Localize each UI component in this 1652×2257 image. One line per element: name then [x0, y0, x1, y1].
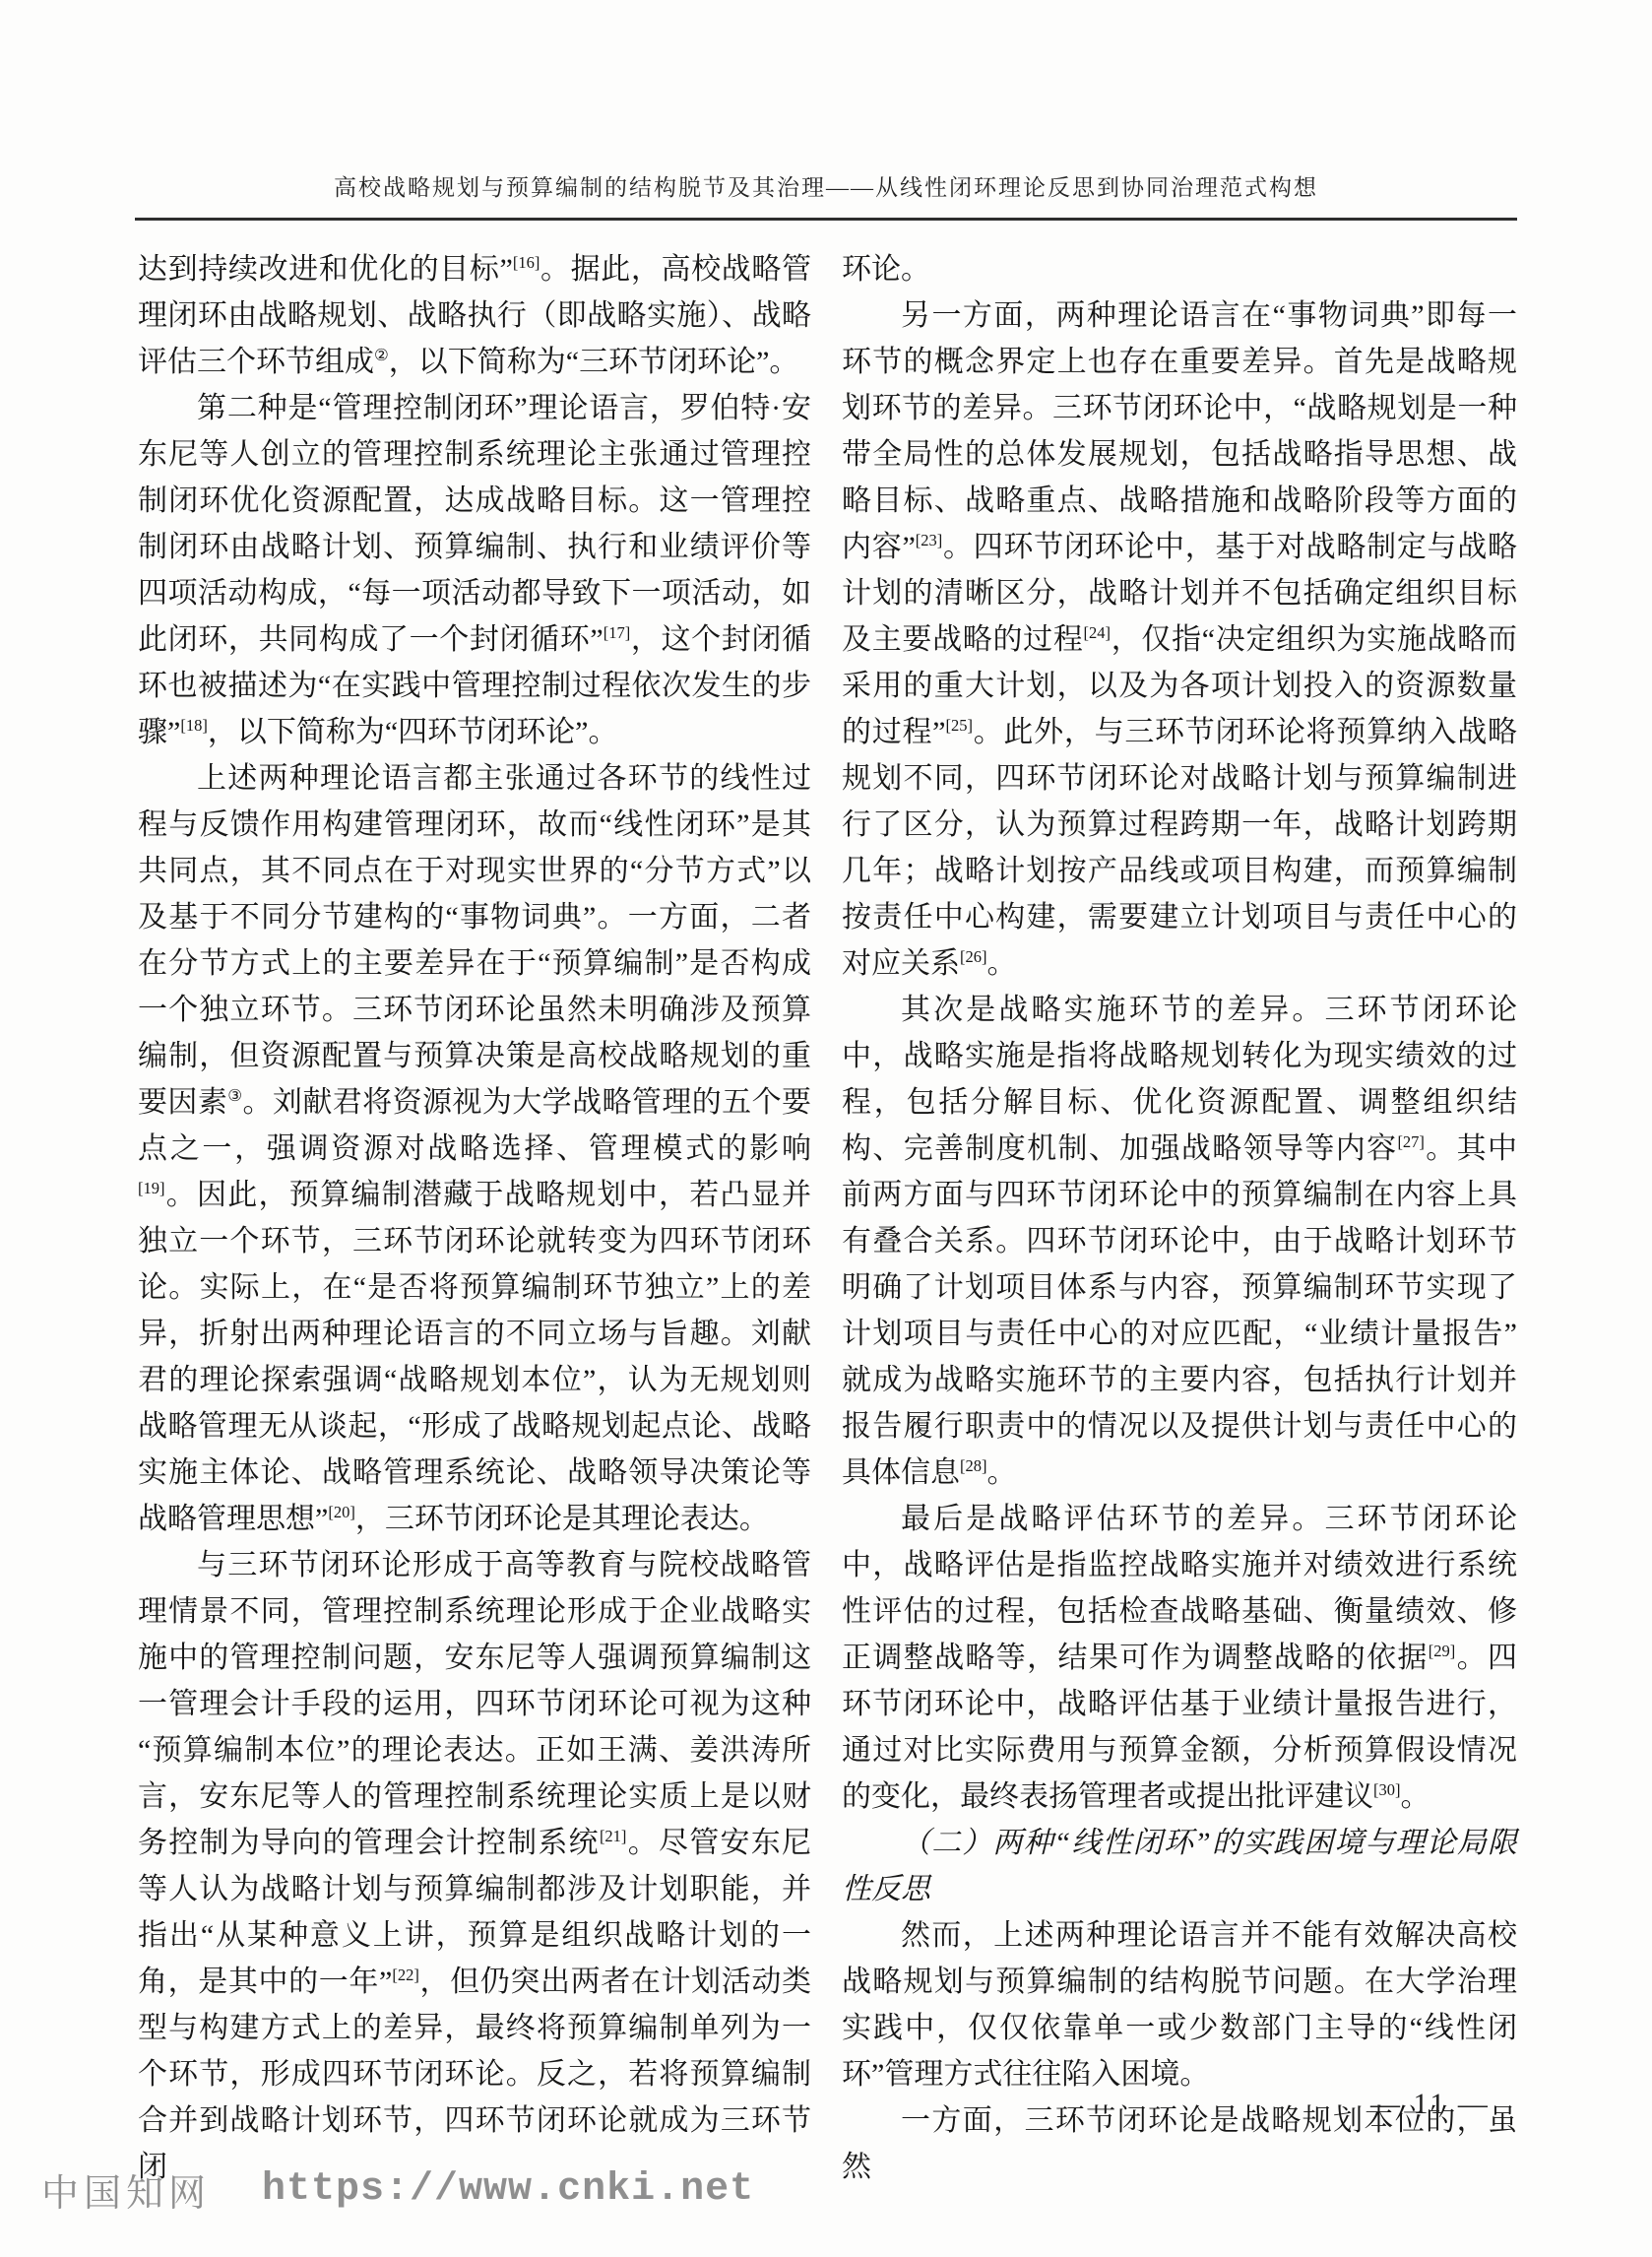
paragraph: 环论。 — [842, 246, 1517, 292]
paragraph: 上述两种理论语言都主张通过各环节的线性过程与反馈作用构建管理闭环，故而“线性闭环… — [138, 755, 811, 1542]
paragraph: 另一方面，两种理论语言在“事物词典”即每一环节的概念界定上也存在重要差异。首先是… — [842, 292, 1517, 987]
paragraph: 然而，上述两种理论语言并不能有效解决高校战略规划与预算编制的结构脱节问题。在大学… — [842, 1912, 1517, 2097]
left-column: 达到持续改进和优化的目标”[16]。据此，高校战略管理闭环由战略规划、战略执行（… — [138, 246, 811, 2190]
subsection-heading: （二）两种“线性闭环”的实践困境与理论局限性反思 — [842, 1820, 1517, 1912]
cnki-url: https://www.cnki.net — [262, 2167, 754, 2212]
paragraph: 其次是战略实施环节的差异。三环节闭环论中，战略实施是指将战略规划转化为现实绩效的… — [842, 987, 1517, 1496]
paragraph: 第二种是“管理控制闭环”理论语言，罗伯特·安东尼等人创立的管理控制系统理论主张通… — [138, 385, 811, 755]
cnki-logo-text: 中国知网 — [41, 2162, 211, 2217]
page-number: — 11 — — [1370, 2088, 1491, 2121]
paragraph: 最后是战略评估环节的差异。三环节闭环论中，战略评估是指监控战略实施并对绩效进行系… — [842, 1496, 1517, 1820]
paragraph: 达到持续改进和优化的目标”[16]。据此，高校战略管理闭环由战略规划、战略执行（… — [138, 246, 811, 385]
right-column: 环论。另一方面，两种理论语言在“事物词典”即每一环节的概念界定上也存在重要差异。… — [842, 246, 1517, 2190]
running-head-title: 高校战略规划与预算编制的结构脱节及其治理——从线性闭环理论反思到协同治理范式构想 — [0, 169, 1652, 202]
header-rule — [135, 218, 1517, 221]
paragraph: 与三环节闭环论形成于高等教育与院校战略管理情景不同，管理控制系统理论形成于企业战… — [138, 1542, 811, 2190]
cnki-watermark: 中国知网 https://www.cnki.net — [41, 2162, 754, 2217]
